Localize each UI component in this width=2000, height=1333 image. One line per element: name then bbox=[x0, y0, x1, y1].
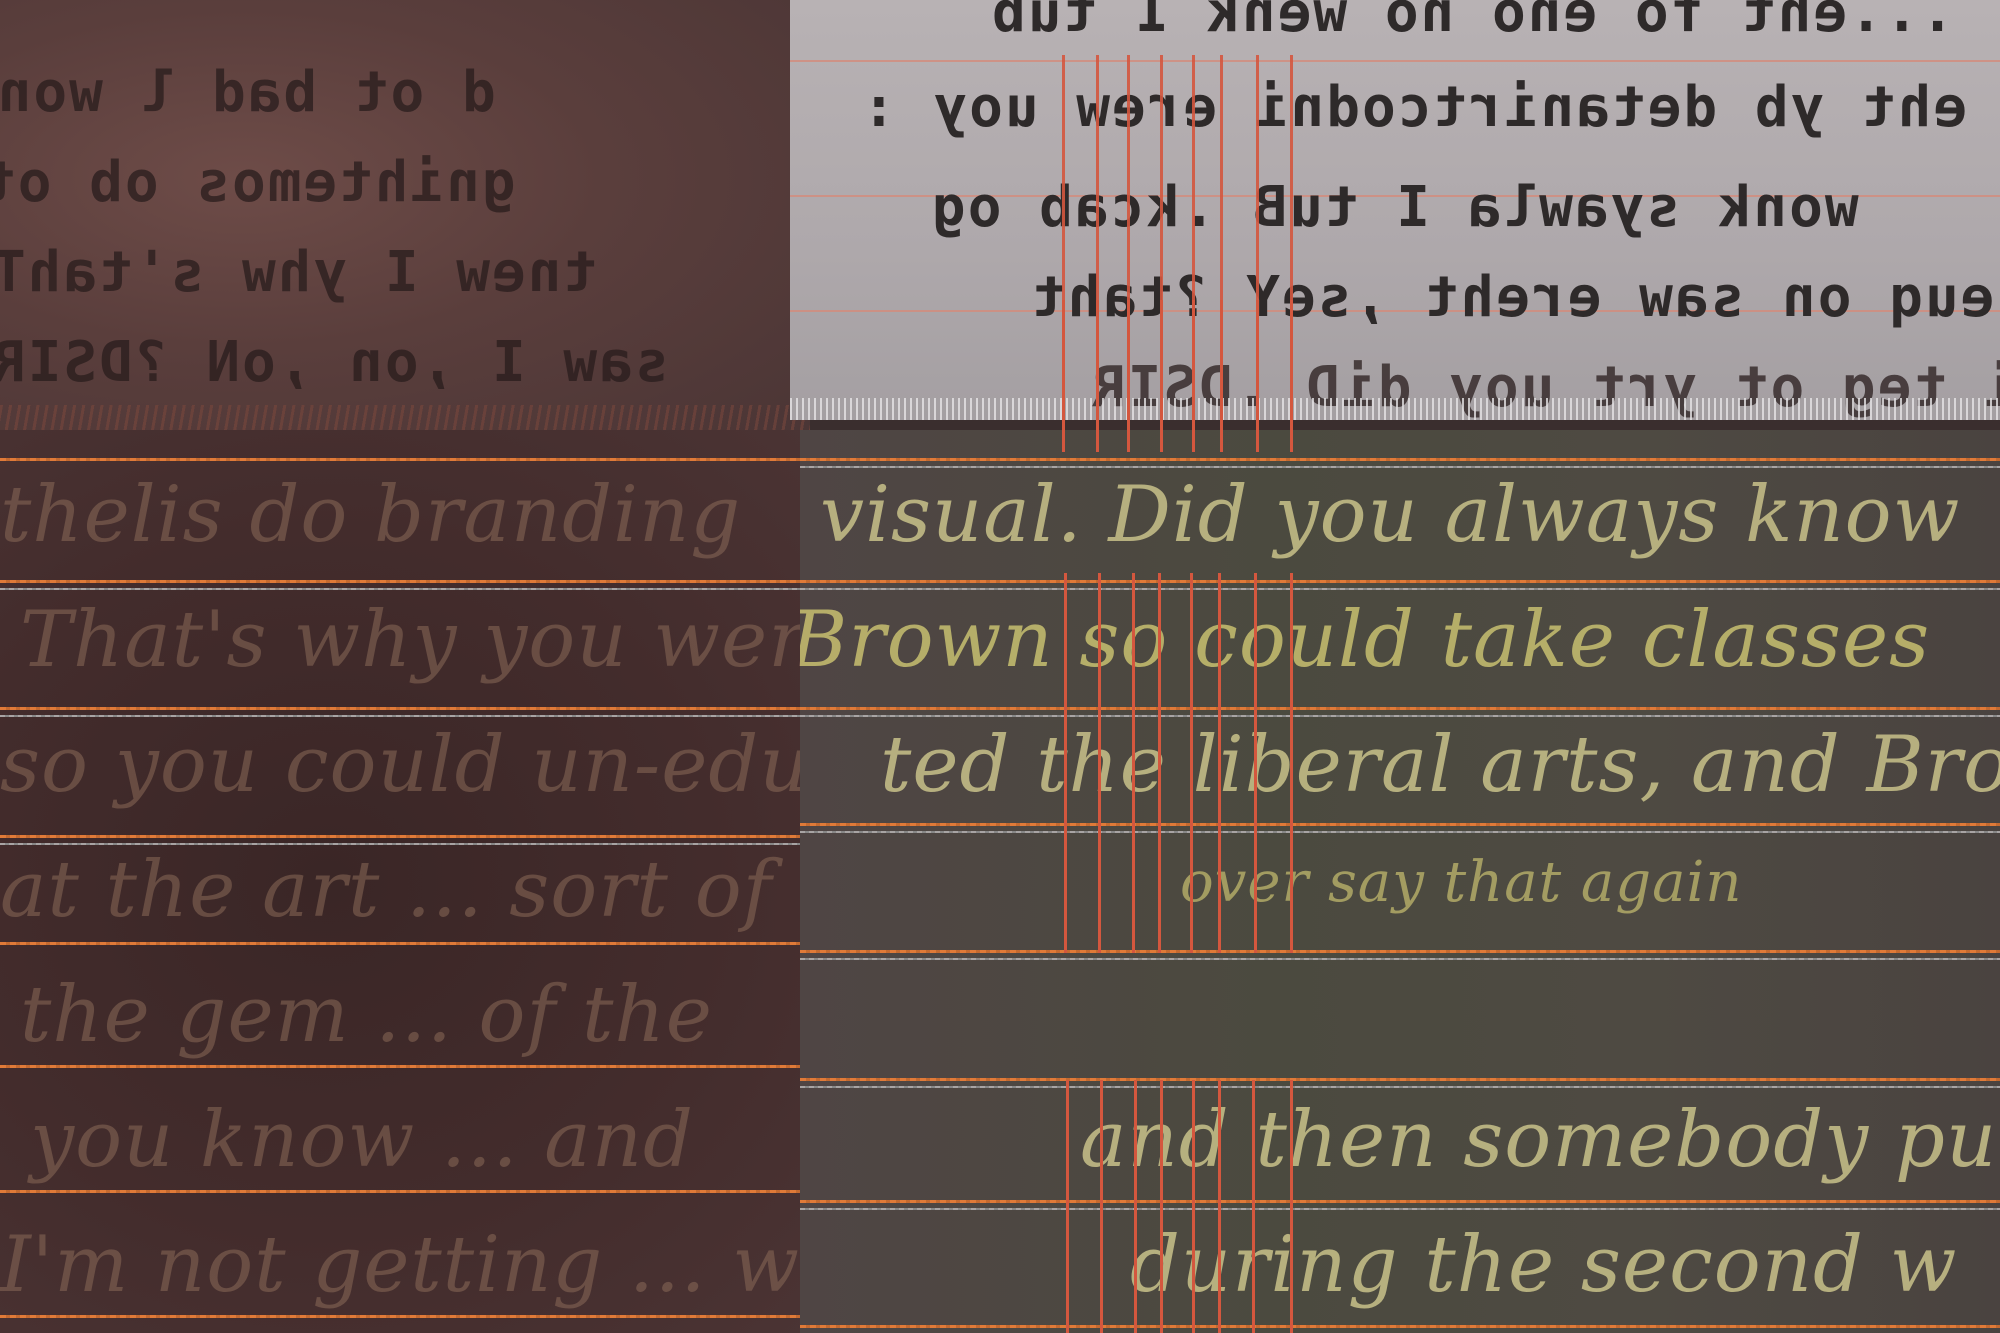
orange-stitched-line bbox=[800, 1325, 2000, 1328]
orange-stitched-line bbox=[0, 1065, 820, 1068]
red-vertical-thread bbox=[1192, 1080, 1195, 1333]
orange-stitched-line bbox=[800, 950, 2000, 953]
orange-stitched-line bbox=[0, 580, 820, 583]
script-line-5-left: the gem ... of the bbox=[20, 970, 713, 1060]
red-vertical-thread bbox=[1256, 300, 1259, 452]
lower-right-fabric-panel: visual. Did you always know Brown so cou… bbox=[800, 430, 2000, 1333]
grey-stitched-line bbox=[800, 715, 2000, 717]
red-vertical-thread bbox=[1098, 573, 1101, 953]
typed-line-2-left: d ot bad l wonk bbox=[0, 60, 496, 125]
orange-stitched-line bbox=[0, 835, 820, 838]
red-vertical-thread bbox=[1096, 55, 1099, 300]
red-vertical-thread bbox=[1160, 300, 1163, 452]
red-vertical-thread bbox=[1290, 55, 1293, 300]
red-vertical-thread bbox=[1062, 300, 1065, 452]
typed-line-3: wonk syawla I tuB .kcab og bbox=[930, 175, 1859, 240]
orange-stitched-line bbox=[800, 823, 2000, 826]
red-vertical-thread bbox=[1134, 1080, 1137, 1333]
red-vertical-thread bbox=[1160, 1080, 1163, 1333]
grey-stitched-line bbox=[800, 1208, 2000, 1210]
red-vertical-thread bbox=[1100, 1080, 1103, 1333]
script-line-3: ted the liberal arts, and Brown bbox=[880, 720, 2000, 810]
script-line-4-left: at the art ... sort of bbox=[0, 845, 773, 935]
orange-stitched-line bbox=[0, 458, 820, 461]
red-vertical-thread bbox=[1190, 573, 1193, 953]
grey-stitched-line bbox=[800, 831, 2000, 833]
red-vertical-thread bbox=[1066, 1080, 1069, 1333]
upper-right-fabric-panel: ...eht fo eno no wenk I tub mool eht yb … bbox=[790, 0, 2000, 420]
red-vertical-thread bbox=[1252, 1080, 1255, 1333]
script-line-7-left: I'm not getting ... was bbox=[0, 1220, 820, 1310]
orange-stitched-line bbox=[800, 1200, 2000, 1203]
grey-stitched-line bbox=[0, 588, 820, 590]
grey-stitched-line bbox=[800, 466, 2000, 468]
red-vertical-thread bbox=[1290, 1080, 1293, 1333]
script-line-3-left: so you could un-educated bbox=[0, 720, 820, 810]
pale-ruled-line bbox=[790, 60, 2000, 62]
typed-line-4: noitseuq on saw ereht ,seY ?taht bbox=[1030, 265, 2000, 330]
grey-stitched-line bbox=[800, 1086, 2000, 1088]
orange-stitched-line bbox=[0, 942, 820, 945]
red-vertical-thread bbox=[1064, 573, 1067, 953]
typed-line-3-left: gnihtemos ob ot bbox=[0, 150, 516, 215]
upper-left-fabric-panel: d ot bad l wonk gnihtemos ob ot tnew I y… bbox=[0, 0, 810, 445]
lower-left-fabric-panel: thelis do branding That's why you went t… bbox=[0, 430, 820, 1333]
red-vertical-thread bbox=[1132, 573, 1135, 953]
red-vertical-thread bbox=[1160, 55, 1163, 300]
red-vertical-thread bbox=[1220, 300, 1223, 452]
typed-line-1: ...eht fo eno no wenk I tub bbox=[990, 0, 1954, 45]
red-vertical-thread bbox=[1127, 300, 1130, 452]
typed-line-2: mool eht yb detanirtcodni erew uoy : bbox=[860, 75, 2000, 140]
red-vertical-thread bbox=[1127, 55, 1130, 300]
orange-stitched-line bbox=[800, 580, 2000, 583]
script-line-1-left: thelis do branding bbox=[0, 470, 741, 560]
red-vertical-thread bbox=[1218, 573, 1221, 953]
orange-stitched-line bbox=[0, 707, 820, 710]
script-line-1: visual. Did you always know bbox=[820, 470, 1960, 560]
grey-stitched-line bbox=[800, 958, 2000, 960]
typed-line-5: otni teg ot yrt uoy diD .DSIR bbox=[1090, 355, 2000, 420]
grey-stitched-line bbox=[800, 588, 2000, 590]
red-vertical-thread bbox=[1192, 55, 1195, 300]
orange-stitched-line bbox=[800, 707, 2000, 710]
grey-stitched-line bbox=[0, 715, 820, 717]
script-line-2-left: That's why you went to bbox=[20, 595, 820, 685]
red-vertical-thread bbox=[1290, 300, 1293, 452]
script-line-4: over say that again bbox=[1180, 850, 1742, 915]
typed-line-4-left: tnew I yhw s'tahT bbox=[0, 240, 597, 305]
orange-stitched-line bbox=[0, 1190, 820, 1193]
red-vertical-thread bbox=[1192, 300, 1195, 452]
orange-stitched-line bbox=[0, 1315, 820, 1318]
orange-stitched-line bbox=[800, 458, 2000, 461]
orange-stitched-line bbox=[800, 1078, 2000, 1081]
typed-line-5-left: saw I ,on ,oN ?DSIR bbox=[0, 330, 669, 395]
red-vertical-thread bbox=[1256, 55, 1259, 300]
script-line-2: Brown so could take classes bbox=[800, 595, 1930, 685]
script-line-6-left: you know ... and bbox=[30, 1095, 694, 1185]
red-vertical-thread bbox=[1096, 300, 1099, 452]
red-vertical-thread bbox=[1290, 573, 1293, 953]
red-vertical-thread bbox=[1220, 55, 1223, 300]
red-vertical-thread bbox=[1062, 55, 1065, 300]
red-vertical-thread bbox=[1218, 1080, 1221, 1333]
red-vertical-thread bbox=[1254, 573, 1257, 953]
red-vertical-thread bbox=[1158, 573, 1161, 953]
